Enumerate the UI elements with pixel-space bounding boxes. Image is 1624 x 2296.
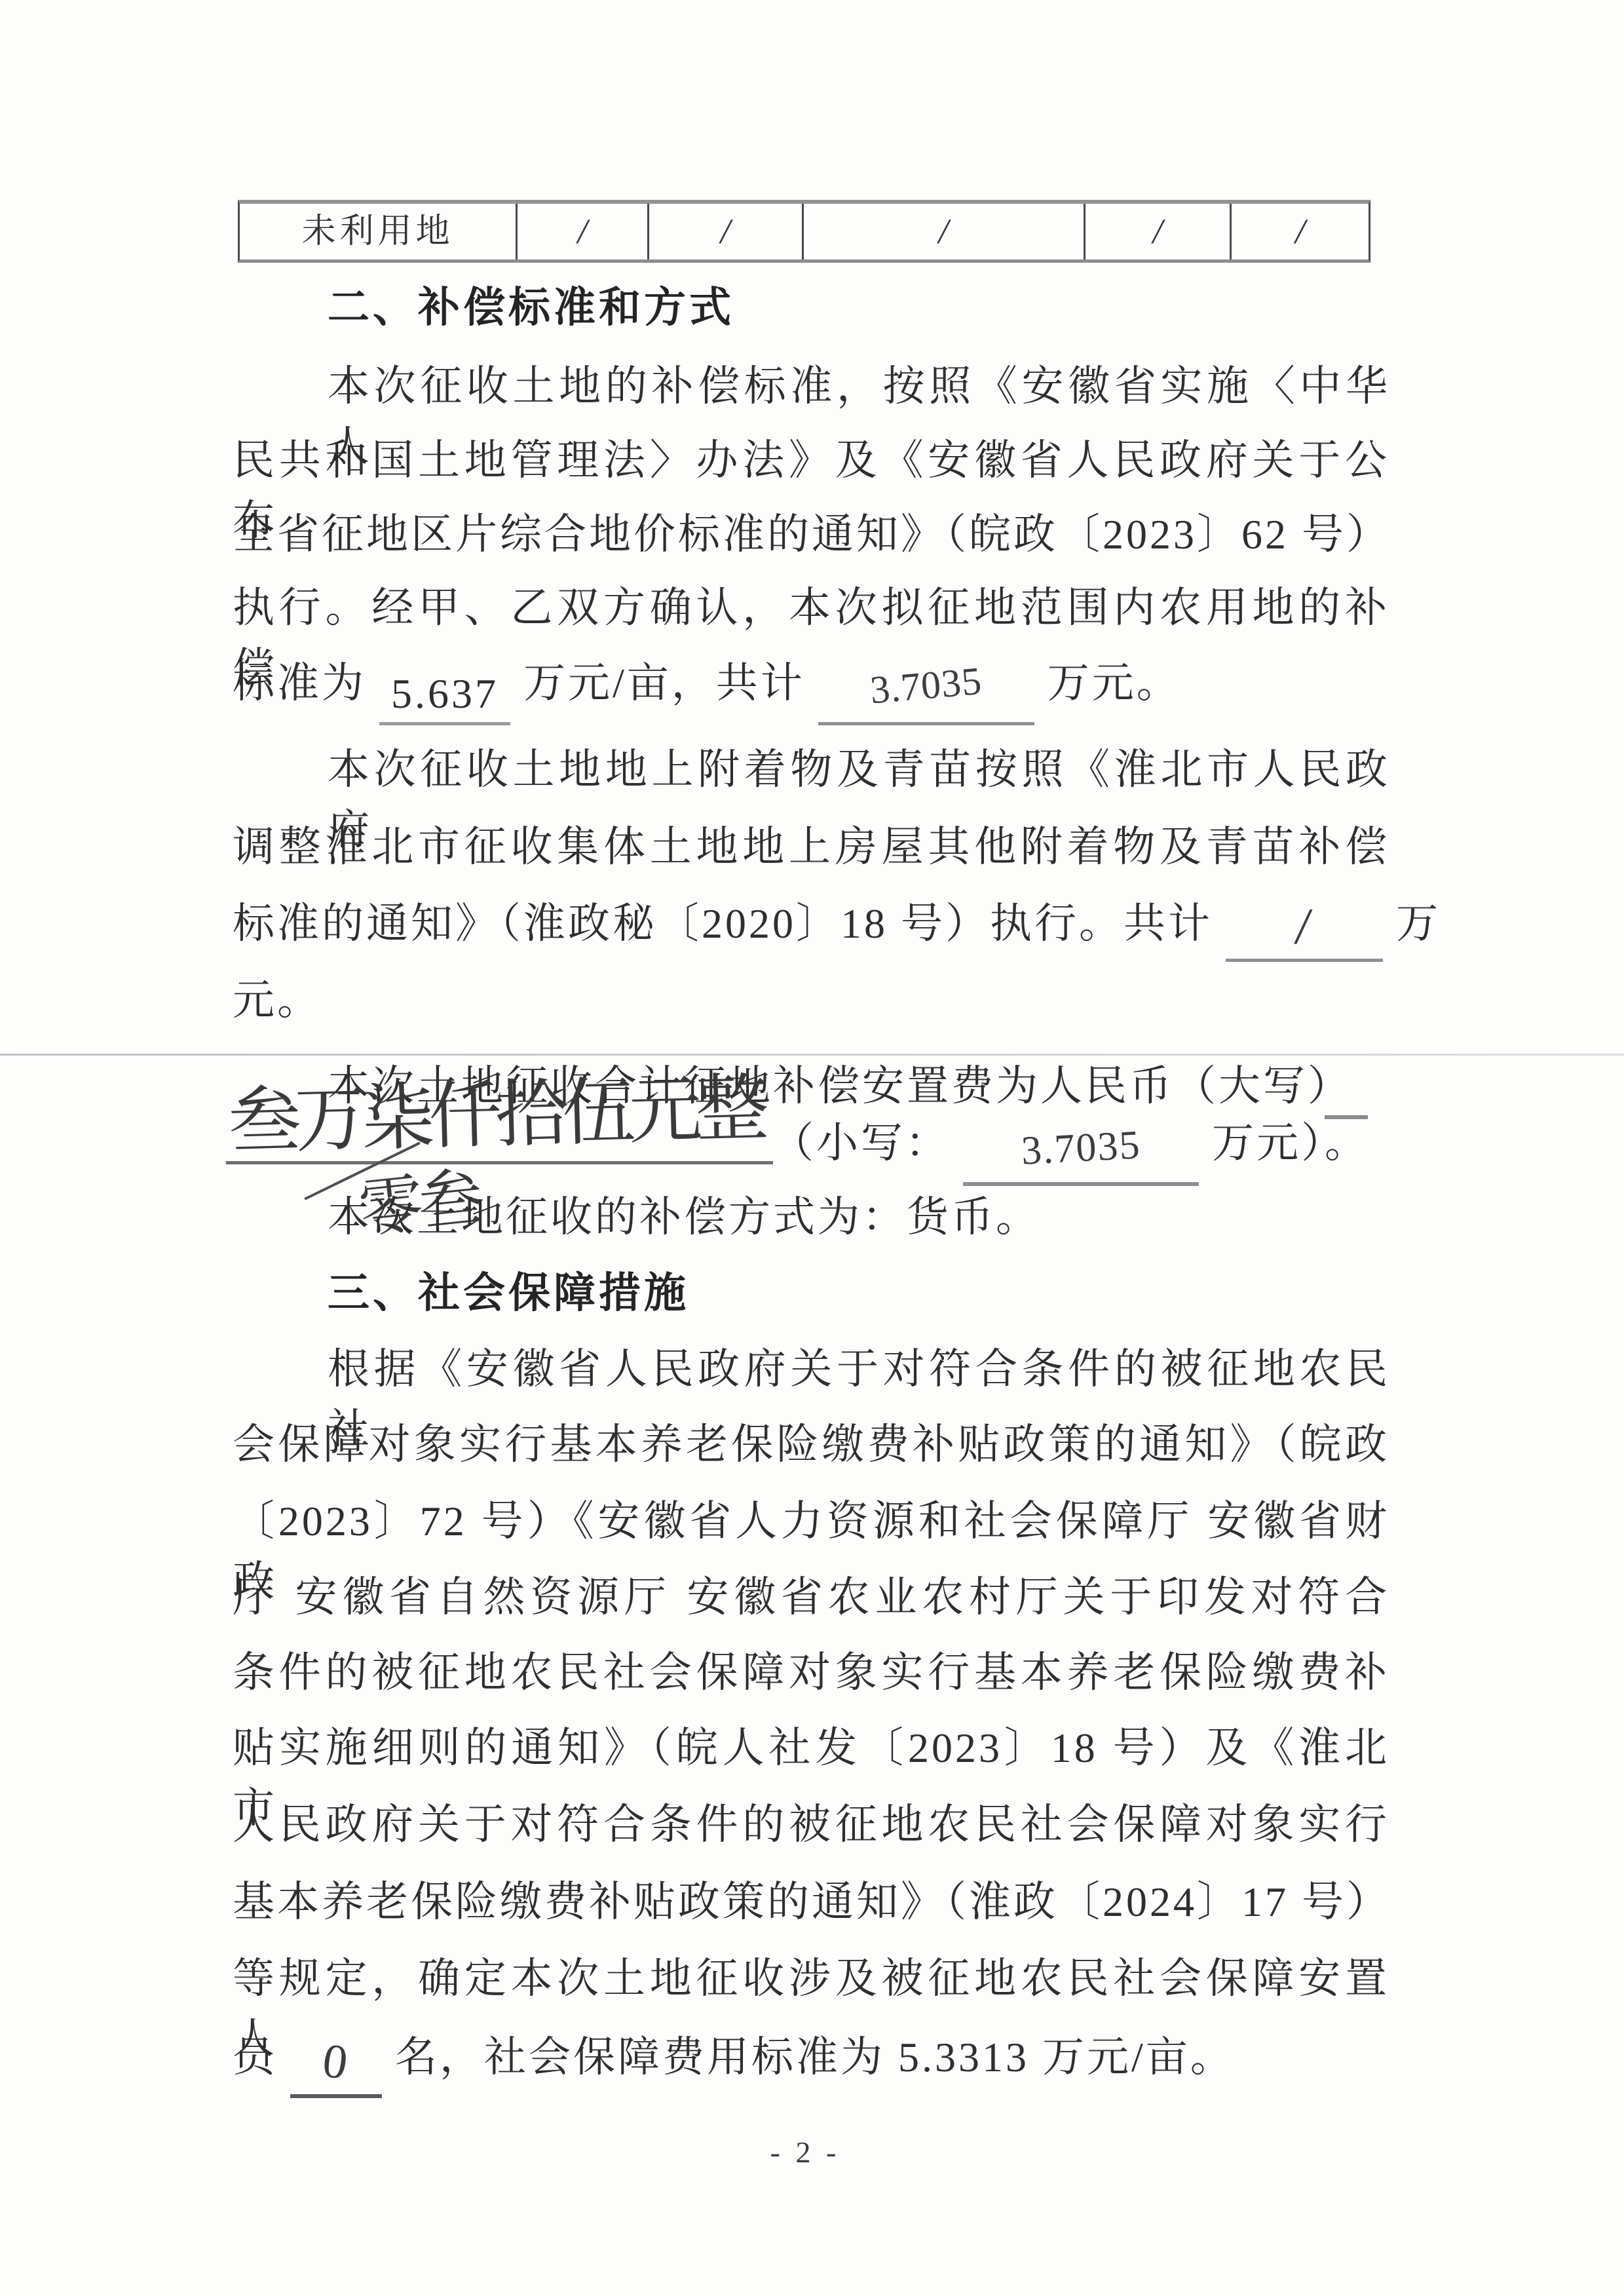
uppercase-amount-handwriting: 叁万柒仟拾伍元整 bbox=[227, 1060, 764, 1172]
table-cell-value: / bbox=[518, 204, 649, 259]
uppercase-amount-blank-line bbox=[226, 1161, 773, 1164]
section3-line3: 〔2023〕72 号）《安徽省人力资源和社会保障厅 安徽省财政 bbox=[233, 1491, 1389, 1552]
para3-line2: （小写： 3.7035 万元）。 bbox=[772, 1113, 1369, 1174]
para3-line2-prefix: （小写： bbox=[772, 1120, 950, 1166]
para3-line2-suffix: 万元）。 bbox=[1212, 1120, 1369, 1166]
para2-line3-prefix: 标准的通知》（淮政秘〔2020〕18 号）执行。共计 bbox=[233, 900, 1213, 947]
section3-heading: 三、社会保障措施 bbox=[328, 1263, 689, 1324]
table-cell-land-type: 未利用地 bbox=[240, 204, 518, 259]
section3-line9: 等规定，确定本次土地征收涉及被征地农民社会保障安置人 bbox=[233, 1949, 1389, 2009]
persons-count-handwriting: 0 bbox=[320, 2037, 352, 2086]
lowercase-amount-blank: 3.7035 bbox=[963, 1131, 1199, 1186]
lowercase-amount-handwriting: 3.7035 bbox=[1020, 1122, 1142, 1174]
land-use-table-row: 未利用地 / / / / / bbox=[238, 200, 1370, 263]
section3-line8: 基本养老保险缴费补贴政策的通知》（淮政〔2024〕17 号） bbox=[233, 1872, 1389, 1932]
para1-line5: 标准为 5.637 万元/亩，共计 3.7035 万元。 bbox=[233, 653, 1181, 714]
para1-line3: 全省征地区片综合地价标准的通知》（皖政〔2023〕62 号） bbox=[233, 505, 1389, 565]
section3-line1: 根据《安徽省人民政府关于对符合条件的被征地农民社 bbox=[328, 1339, 1390, 1400]
para1-line2: 民共和国土地管理法〉办法》及《安徽省人民政府关于公布 bbox=[233, 430, 1389, 491]
section3-line10: 员 0 名，社会保障费用标准为 5.3313 万元/亩。 bbox=[233, 2027, 1235, 2088]
table-cell-value: / bbox=[1232, 204, 1369, 259]
scan-artifact-line bbox=[0, 1054, 1624, 1056]
para2-line3: 标准的通知》（淮政秘〔2020〕18 号）执行。共计 / 万 bbox=[233, 894, 1441, 954]
para1-line1: 本次征收土地的补偿标准，按照《安徽省实施〈中华人 bbox=[328, 356, 1390, 417]
para1-line4: 执行。经甲、乙双方确认，本次拟征地范围内农用地的补偿 bbox=[233, 578, 1389, 638]
para2-line2: 调整淮北市征收集体土地地上房屋其他附着物及青苗补偿 bbox=[233, 817, 1389, 877]
persons-count-blank: 0 bbox=[290, 2043, 382, 2098]
total-amount-handwriting: 3.7035 bbox=[869, 658, 984, 714]
section3-line6: 贴实施细则的通知》（皖人社发〔2023〕18 号）及《淮北市 bbox=[233, 1718, 1389, 1778]
para2-line3-suffix: 万 bbox=[1396, 900, 1441, 947]
para1-line5-mid: 万元/亩，共计 bbox=[523, 660, 805, 706]
attachment-total-blank: / bbox=[1226, 908, 1383, 962]
section3-line10-suffix: 名，社会保障费用标准为 5.3313 万元/亩。 bbox=[395, 2034, 1235, 2080]
para2-line4: 元。 bbox=[233, 970, 322, 1031]
para1-line5-suffix: 万元。 bbox=[1048, 660, 1181, 706]
table-cell-value: / bbox=[649, 204, 804, 259]
section3-line10-prefix: 员 bbox=[233, 2034, 277, 2080]
table-cell-value: / bbox=[1086, 204, 1232, 259]
total-amount-blank: 3.7035 bbox=[818, 671, 1034, 725]
unit-price-blank: 5.637 bbox=[379, 671, 510, 725]
section3-line4: 厅 安徽省自然资源厅 安徽省农业农村厅关于印发对符合 bbox=[233, 1567, 1389, 1628]
unit-price-value: 5.637 bbox=[391, 670, 499, 717]
para2-line1: 本次征收土地地上附着物及青苗按照《淮北市人民政府 bbox=[328, 740, 1390, 800]
para3-line3: 本次土地征收的补偿方式为：货币。 bbox=[328, 1187, 1040, 1248]
section3-line5: 条件的被征地农民社会保障对象实行基本养老保险缴费补 bbox=[233, 1643, 1389, 1703]
attachment-total-handwriting: / bbox=[1293, 903, 1315, 950]
section3-line2: 会保障对象实行基本养老保险缴费补贴政策的通知》（皖政 bbox=[233, 1415, 1389, 1475]
scanned-document-page: 未利用地 / / / / / 二、补偿标准和方式 本次征收土地的补偿标准，按照《… bbox=[0, 0, 1624, 2296]
para1-line5-prefix: 标准为 bbox=[233, 660, 366, 706]
section3-line7: 人民政府关于对符合条件的被征地农民社会保障对象实行 bbox=[233, 1795, 1389, 1855]
table-cell-value: / bbox=[804, 204, 1086, 259]
page-number: - 2 - bbox=[0, 2135, 1610, 2170]
section2-heading: 二、补偿标准和方式 bbox=[328, 278, 734, 338]
